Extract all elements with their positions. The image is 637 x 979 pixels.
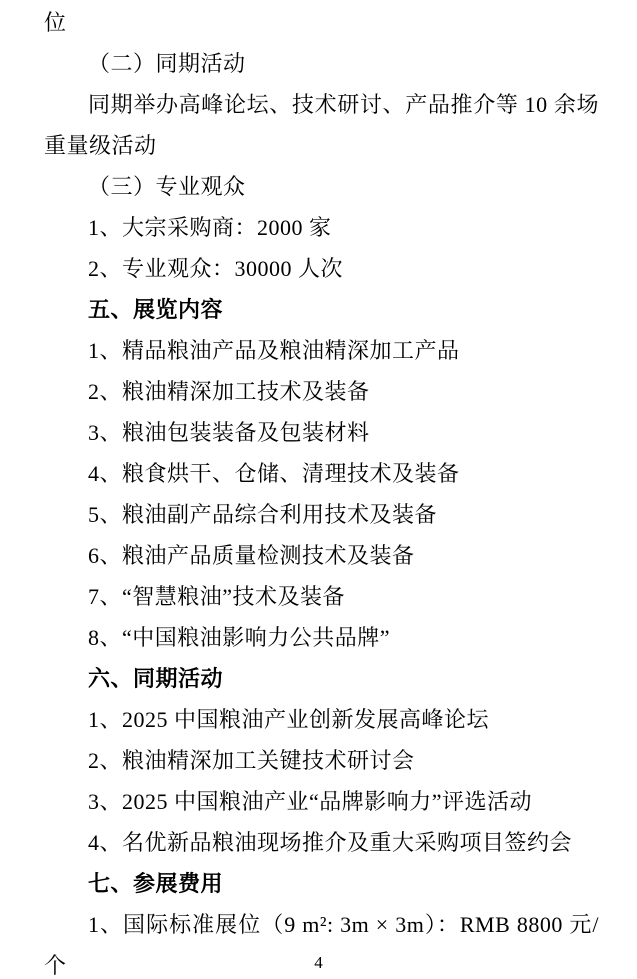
list-item-exhibit-3: 3、粮油包装装备及包装材料 bbox=[44, 412, 599, 453]
section-heading-concurrent-activities: 六、同期活动 bbox=[44, 658, 599, 699]
section-heading-exhibition-content: 五、展览内容 bbox=[44, 289, 599, 330]
list-item-exhibit-6: 6、粮油产品质量检测技术及装备 bbox=[44, 535, 599, 576]
document-page: 位 （二）同期活动 同期举办高峰论坛、技术研讨、产品推介等 10 余场重量级活动… bbox=[0, 0, 637, 979]
subsection-heading-professional-visitors: （三）专业观众 bbox=[44, 166, 599, 207]
section-heading-participation-fees: 七、参展费用 bbox=[44, 863, 599, 904]
list-item-exhibit-7: 7、“智慧粮油”技术及装备 bbox=[44, 576, 599, 617]
list-item-activity-4: 4、名优新品粮油现场推介及重大采购项目签约会 bbox=[44, 822, 599, 863]
list-item-visitors: 2、专业观众：30000 人次 bbox=[44, 248, 599, 289]
list-item-activity-3: 3、2025 中国粮油产业“品牌影响力”评选活动 bbox=[44, 781, 599, 822]
list-item-buyers: 1、大宗采购商：2000 家 bbox=[44, 207, 599, 248]
list-item-exhibit-1: 1、精品粮油产品及粮油精深加工产品 bbox=[44, 330, 599, 371]
list-item-activity-1: 1、2025 中国粮油产业创新发展高峰论坛 bbox=[44, 699, 599, 740]
paragraph-continuation: 位 bbox=[44, 2, 599, 43]
subsection-heading-concurrent-events: （二）同期活动 bbox=[44, 43, 599, 84]
paragraph-concurrent-events-detail: 同期举办高峰论坛、技术研讨、产品推介等 10 余场重量级活动 bbox=[44, 84, 599, 166]
list-item-activity-2: 2、粮油精深加工关键技术研讨会 bbox=[44, 740, 599, 781]
list-item-exhibit-8: 8、“中国粮油影响力公共品牌” bbox=[44, 617, 599, 658]
page-number: 4 bbox=[0, 951, 637, 975]
list-item-exhibit-2: 2、粮油精深加工技术及装备 bbox=[44, 371, 599, 412]
list-item-exhibit-5: 5、粮油副产品综合利用技术及装备 bbox=[44, 494, 599, 535]
list-item-exhibit-4: 4、粮食烘干、仓储、清理技术及装备 bbox=[44, 453, 599, 494]
